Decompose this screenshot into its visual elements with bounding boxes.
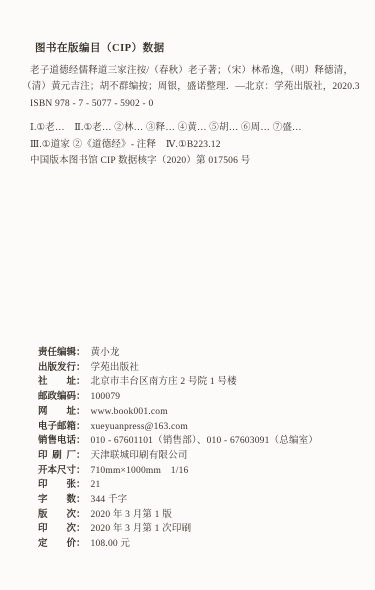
colophon-value: 710mm×1000mm 1/16 <box>91 466 189 476</box>
colophon-value: 北京市丰台区南方庄 2 号院 1 号楼 <box>91 377 237 387</box>
colophon-separator: ： <box>76 466 86 476</box>
colophon-separator: ： <box>76 495 86 505</box>
colophon-label: 邮政编码 <box>38 390 76 405</box>
colophon-label: 开本尺寸 <box>38 464 76 479</box>
cip-registration-line: 中国版本图书馆 CIP 数据核字（2020）第 017506 号 <box>30 153 363 170</box>
colophon-value: 黄小龙 <box>91 348 120 358</box>
colophon-row-impression: 印次：2020 年 3 月第 1 次印刷 <box>38 522 365 537</box>
colophon-separator: ： <box>76 407 86 417</box>
colophon-value: 100079 <box>91 392 121 402</box>
colophon-separator: ： <box>76 348 86 358</box>
colophon-separator: ： <box>76 436 86 446</box>
colophon-value: 108.00 元 <box>91 539 131 549</box>
colophon-label: 版次 <box>38 508 76 523</box>
colophon-row-edition: 版次：2020 年 3 月第 1 版 <box>38 508 365 523</box>
colophon-separator: ： <box>76 377 86 387</box>
colophon-row-email: 电子邮箱：xueyuanpress@163.com <box>38 420 365 435</box>
cip-class-number-line: Ⅲ.①道家 ②《道德经》- 注释 Ⅳ.①B223.12 <box>30 137 363 154</box>
colophon-separator: ： <box>76 539 86 549</box>
colophon-value: www.book001.com <box>91 407 168 417</box>
cip-record-line: （清）黄元吉注；胡不群编按；周银，盛诺整理．—北京：学苑出版社，2020.3 <box>22 79 363 96</box>
colophon-value: 天津联城印刷有限公司 <box>91 451 188 461</box>
colophon-separator: ： <box>76 510 86 520</box>
colophon-separator: ： <box>76 422 86 432</box>
colophon-value: 010 - 67601101（销售部）、010 - 67603091（总编室） <box>91 436 319 446</box>
cip-record-line: 老子道德经儒释道三家注按/（春秋）老子著；（宋）林希逸，（明）释德清， <box>30 63 363 80</box>
colophon-separator: ： <box>76 363 86 373</box>
colophon-label: 印张 <box>38 478 76 493</box>
colophon-separator: ： <box>76 451 86 461</box>
colophon-row-word-count: 字数：344 千字 <box>38 493 365 508</box>
colophon-row-address: 社址：北京市丰台区南方庄 2 号院 1 号楼 <box>38 375 365 390</box>
colophon-separator: ： <box>76 524 86 534</box>
colophon-label: 印刷厂 <box>38 449 76 464</box>
colophon-row-sheets: 印张：21 <box>38 478 365 493</box>
colophon-row-format: 开本尺寸：710mm×1000mm 1/16 <box>38 464 365 479</box>
colophon-section: 责任编辑：黄小龙 出版发行：学苑出版社 社址：北京市丰台区南方庄 2 号院 1 … <box>38 346 365 552</box>
cip-subject-line: Ⅰ.①老… Ⅱ.①老… ②林… ③释… ④黄… ⑤胡… ⑥周… ⑦盛… <box>30 120 363 137</box>
colophon-value: 344 千字 <box>91 495 128 505</box>
colophon-row-sales-phone: 销售电话：010 - 67601101（销售部）、010 - 67603091（… <box>38 434 365 449</box>
colophon-separator: ： <box>76 392 86 402</box>
colophon-value: 21 <box>91 480 101 490</box>
cip-classification-group: Ⅰ.①老… Ⅱ.①老… ②林… ③释… ④黄… ⑤胡… ⑥周… ⑦盛… Ⅲ.①道… <box>30 120 363 170</box>
colophon-label: 社址 <box>38 375 76 390</box>
colophon-row-website: 网址：www.book001.com <box>38 405 365 420</box>
colophon-label: 责任编辑 <box>38 346 76 361</box>
colophon-row-publisher: 出版发行：学苑出版社 <box>38 361 365 376</box>
colophon-value: 2020 年 3 月第 1 版 <box>91 510 172 520</box>
colophon-row-printer: 印刷厂：天津联城印刷有限公司 <box>38 449 365 464</box>
cip-heading: 图书在版编目（CIP）数据 <box>35 41 363 58</box>
colophon-label: 印次 <box>38 522 76 537</box>
colophon-label: 网址 <box>38 405 76 420</box>
colophon-label: 字数 <box>38 493 76 508</box>
colophon-separator: ： <box>76 480 86 490</box>
colophon-label: 电子邮箱 <box>38 420 76 435</box>
colophon-value: 学苑出版社 <box>91 363 140 373</box>
colophon-row-editor: 责任编辑：黄小龙 <box>38 346 365 361</box>
book-copyright-page: 图书在版编目（CIP）数据 老子道德经儒释道三家注按/（春秋）老子著；（宋）林希… <box>0 0 375 590</box>
isbn-line: ISBN 978 - 7 - 5077 - 5902 - 0 <box>30 96 363 113</box>
colophon-row-price: 定价：108.00 元 <box>38 537 365 552</box>
colophon-value: xueyuanpress@163.com <box>91 422 188 432</box>
colophon-label: 销售电话 <box>38 434 76 449</box>
cip-section: 图书在版编目（CIP）数据 老子道德经儒释道三家注按/（春秋）老子著；（宋）林希… <box>30 41 363 170</box>
colophon-label: 出版发行 <box>38 361 76 376</box>
colophon-label: 定价 <box>38 537 76 552</box>
colophon-value: 2020 年 3 月第 1 次印刷 <box>91 524 192 534</box>
colophon-row-postcode: 邮政编码：100079 <box>38 390 365 405</box>
